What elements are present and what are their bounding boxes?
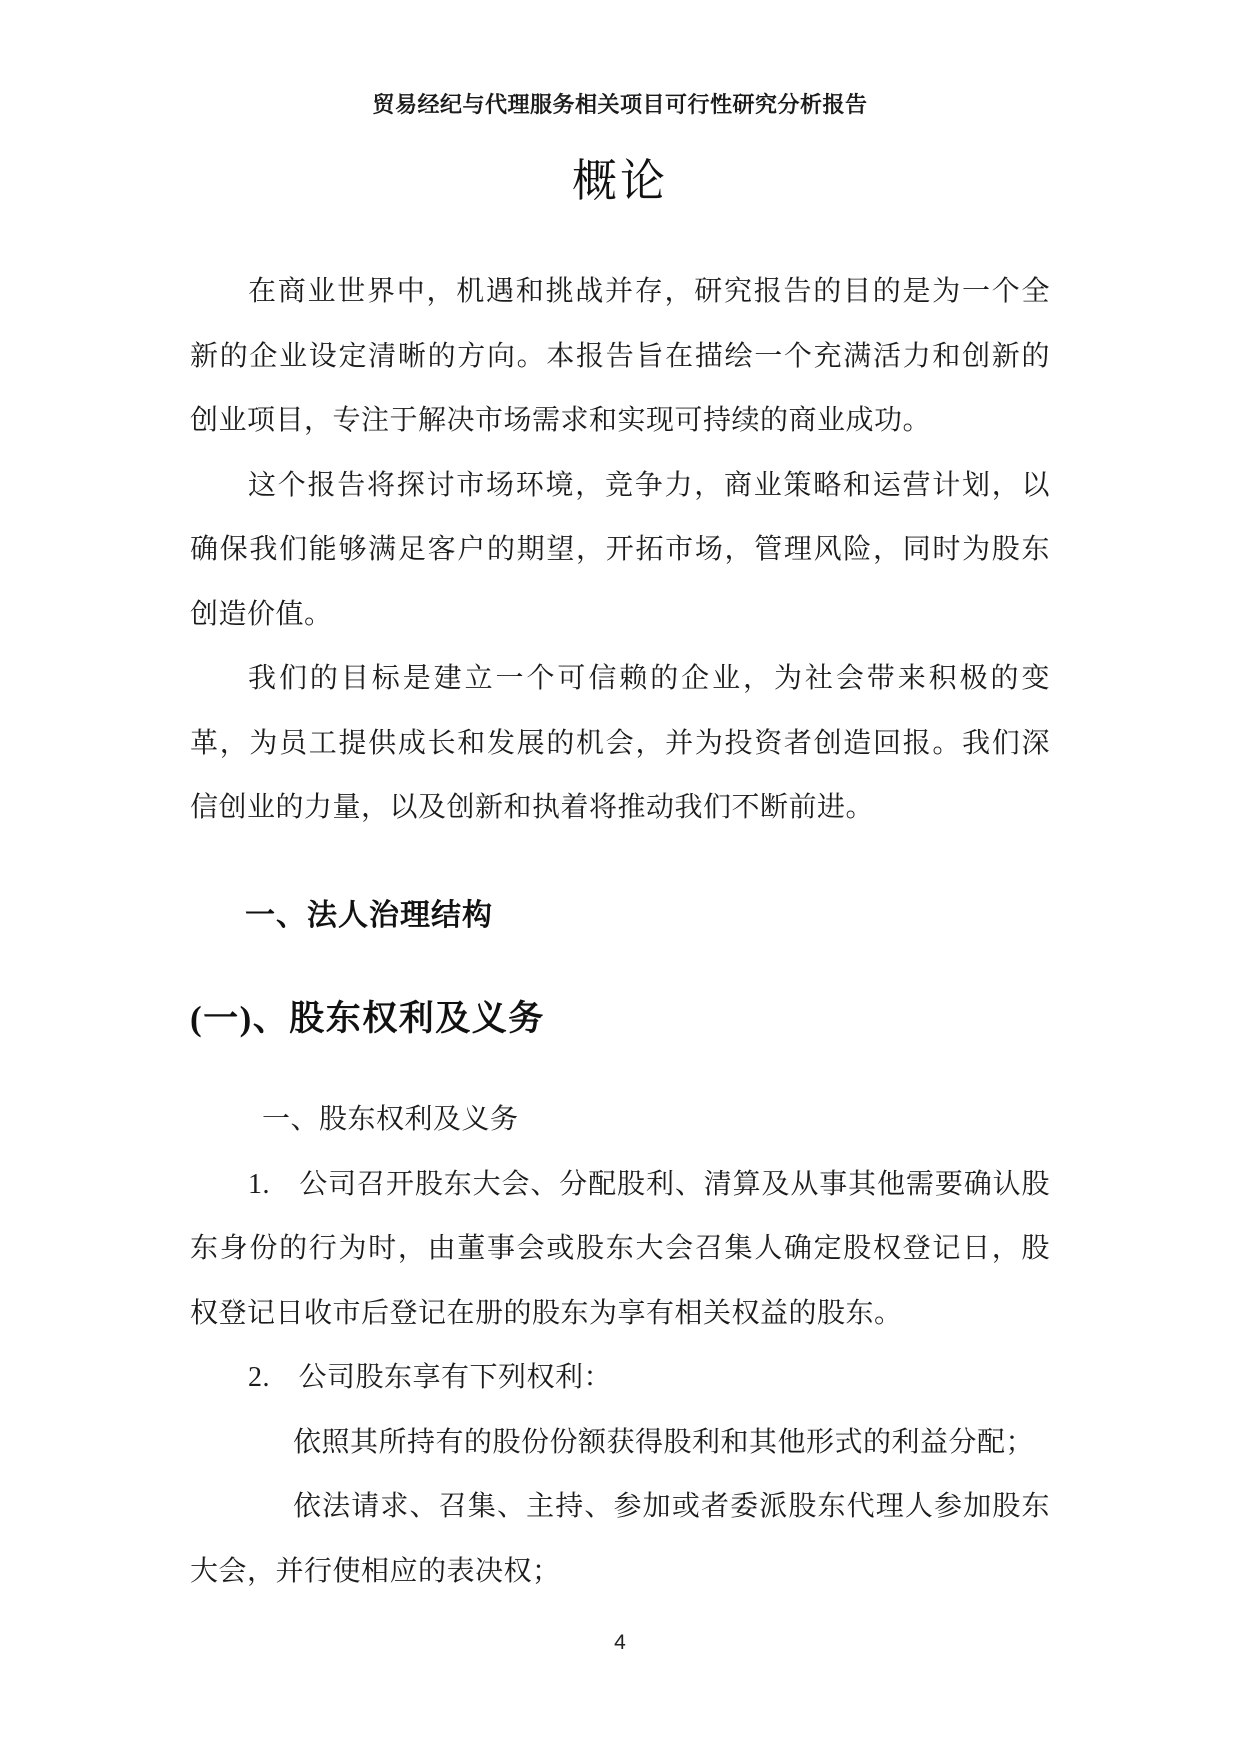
document-page: 贸易经纪与代理服务相关项目可行性研究分析报告 概论 在商业世界中，机遇和挑战并存… — [0, 0, 1240, 1753]
page-title: 概论 — [0, 150, 1240, 212]
page-number: 4 — [0, 1630, 1240, 1656]
subsection-heading-shareholder-rights: (一)、股东权利及义务 — [190, 996, 545, 1042]
document-header: 贸易经纪与代理服务相关项目可行性研究分析报告 — [0, 90, 1240, 120]
text-line: 依法请求、召集、主持、参加或者委派股东代理人参加股东 — [190, 1475, 1050, 1540]
text-line: 依照其所持有的股份份额获得股利和其他形式的利益分配； — [190, 1411, 1050, 1476]
text-line: 创造价值。 — [190, 583, 1050, 648]
section-heading-governance: 一、法人治理结构 — [245, 897, 493, 935]
text-line: 权登记日收市后登记在册的股东为享有相关权益的股东。 — [190, 1282, 1050, 1347]
text-line: 确保我们能够满足客户的期望，开拓市场，管理风险，同时为股东 — [190, 518, 1050, 583]
shareholder-rights-body: 一、股东权利及义务1. 公司召开股东大会、分配股利、清算及从事其他需要确认股东身… — [190, 1088, 1050, 1604]
text-line: 一、股东权利及义务 — [190, 1088, 1050, 1153]
text-line: 革，为员工提供成长和发展的机会，并为投资者创造回报。我们深 — [190, 712, 1050, 777]
intro-paragraphs: 在商业世界中，机遇和挑战并存，研究报告的目的是为一个全新的企业设定清晰的方向。本… — [190, 260, 1050, 841]
text-line: 我们的目标是建立一个可信赖的企业，为社会带来积极的变 — [190, 647, 1050, 712]
text-line: 信创业的力量，以及创新和执着将推动我们不断前进。 — [190, 776, 1050, 841]
text-line: 大会，并行使相应的表决权； — [190, 1540, 1050, 1605]
text-line: 在商业世界中，机遇和挑战并存，研究报告的目的是为一个全 — [190, 260, 1050, 325]
text-line: 新的企业设定清晰的方向。本报告旨在描绘一个充满活力和创新的 — [190, 325, 1050, 390]
text-line: 创业项目，专注于解决市场需求和实现可持续的商业成功。 — [190, 389, 1050, 454]
text-line: 1. 公司召开股东大会、分配股利、清算及从事其他需要确认股 — [190, 1153, 1050, 1218]
text-line: 这个报告将探讨市场环境，竞争力，商业策略和运营计划，以 — [190, 454, 1050, 519]
text-line: 东身份的行为时，由董事会或股东大会召集人确定股权登记日，股 — [190, 1217, 1050, 1282]
text-line: 2. 公司股东享有下列权利： — [190, 1346, 1050, 1411]
